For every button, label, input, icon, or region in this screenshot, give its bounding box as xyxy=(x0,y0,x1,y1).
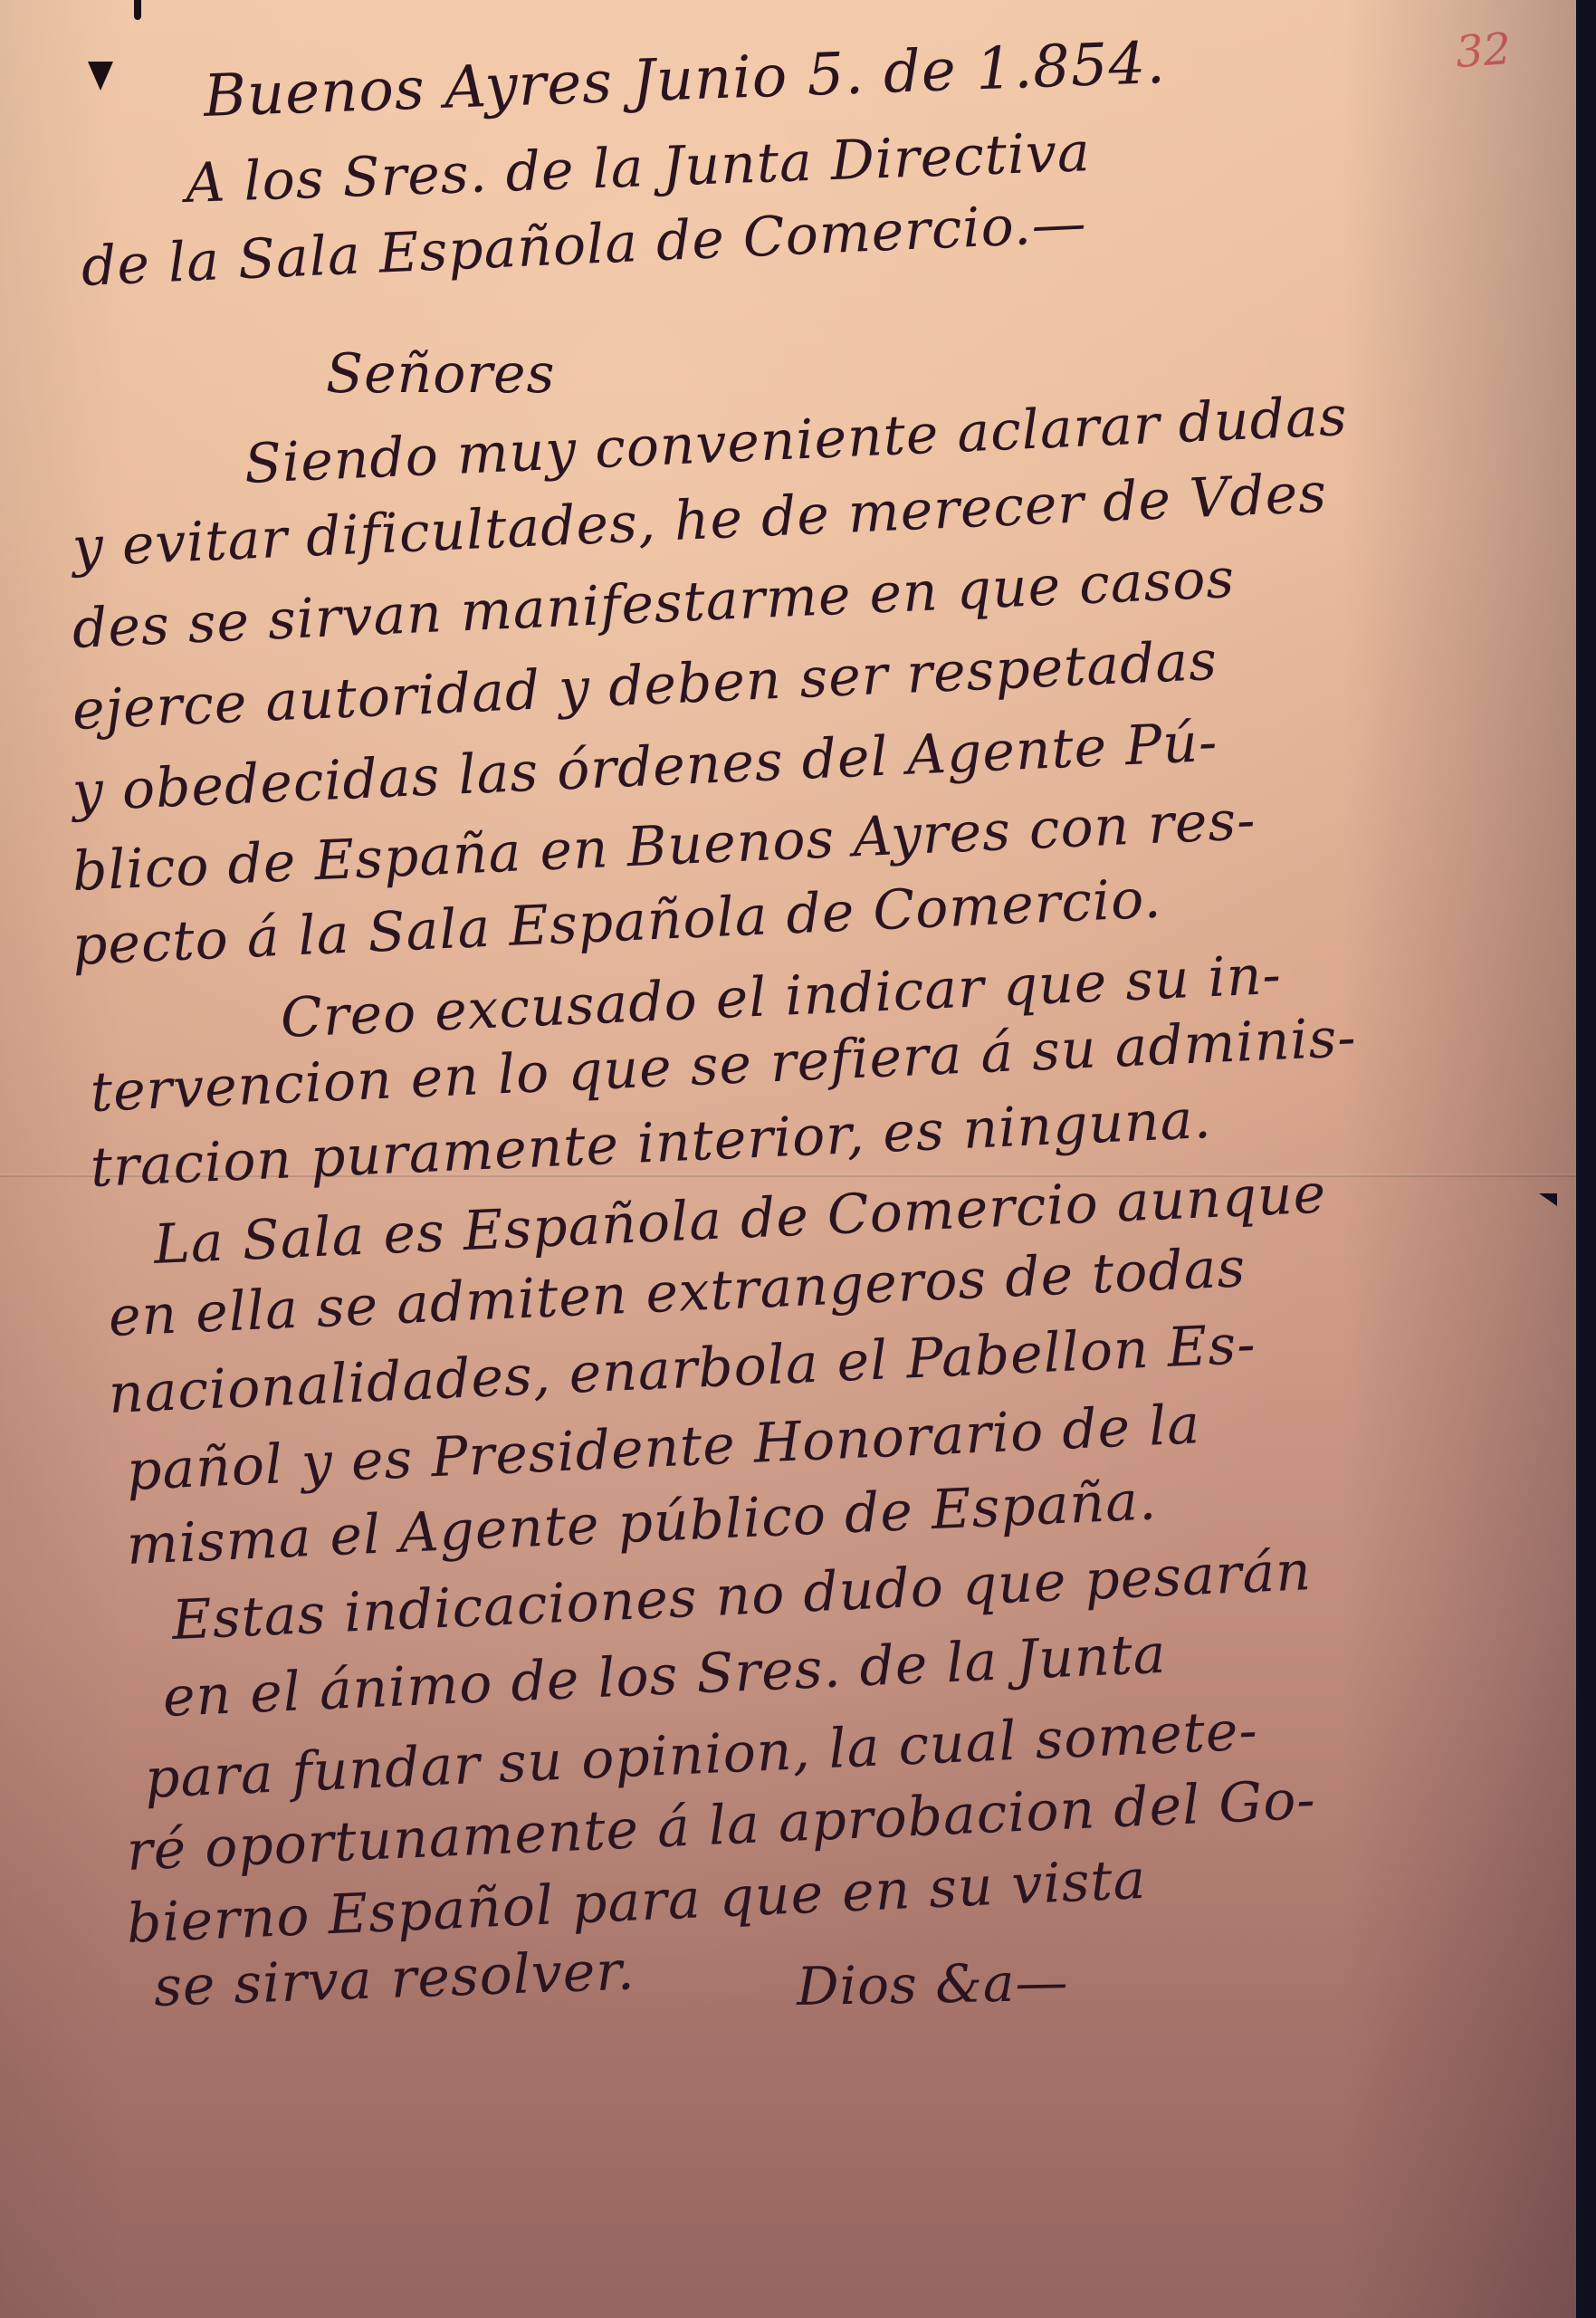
dateline: Buenos Ayres Junio 5. de 1.854. xyxy=(203,30,1167,130)
paper-hole xyxy=(88,62,113,91)
background-edge xyxy=(1576,0,1596,2318)
paper-tear xyxy=(1539,1193,1557,1206)
closing: Dios &a— xyxy=(796,1951,1069,2017)
folio-number: 32 xyxy=(1454,24,1513,78)
letter-page: 32 Buenos Ayres Junio 5. de 1.854. A los… xyxy=(0,0,1577,2318)
salutation: Señores xyxy=(326,342,555,406)
ink-blot xyxy=(134,0,141,20)
